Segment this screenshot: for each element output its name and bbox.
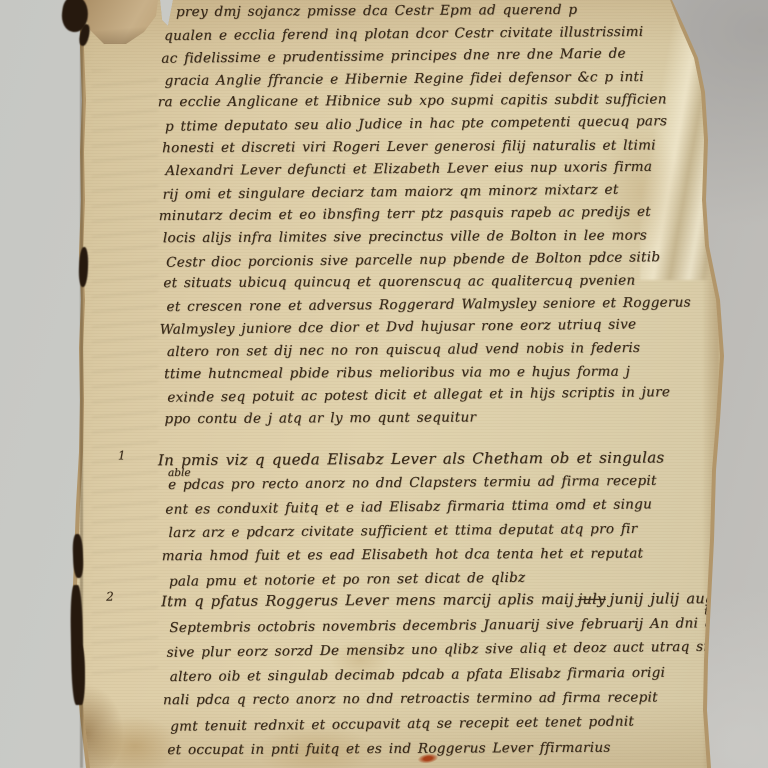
manuscript-line: ppo contu de j atq ar ly mo qunt sequitu… — [164, 405, 724, 431]
manuscript-line: o prey dmj sojancz pmisse dca Cestr Epm … — [161, 0, 721, 24]
manuscript-line: honesti et discreti viri Rogeri Lever ge… — [162, 134, 722, 160]
manuscript-page: o prey dmj sojancz pmisse dca Cestr Epm … — [0, 0, 768, 768]
opening-paragraph: o prey dmj sojancz pmisse dca Cestr Epm … — [161, 0, 725, 431]
line-text: Itm q pfatus Roggerus Lever mens marcij … — [161, 592, 574, 610]
struck-word: july — [578, 592, 606, 608]
article-2: Itm q pfatus Roggerus Lever mens marcij … — [166, 586, 727, 763]
manuscript-line: In pmis viz q queda Elisabz Lever als Ch… — [158, 445, 725, 472]
line-text: junij julij augsti — [610, 591, 734, 608]
margin-number-2: 2 — [106, 590, 114, 604]
manuscript-line: et occupat in pnti fuitq et es ind Rogge… — [167, 735, 727, 763]
manuscript-line: et situats ubicuq quincuq et quorenscuq … — [163, 269, 723, 295]
margin-number-1: 1 — [118, 448, 126, 462]
photo-background: o prey dmj sojancz pmisse dca Cestr Epm … — [0, 0, 768, 768]
manuscript-text: o prey dmj sojancz pmisse dca Cestr Epm … — [0, 0, 768, 768]
binding-stitch-mark — [77, 645, 85, 705]
manuscript-line: Itm q pfatus Roggerus Lever mens marcij … — [161, 587, 726, 615]
article-1: In pmis viz q queda Elisabz Lever als Ch… — [165, 444, 726, 593]
